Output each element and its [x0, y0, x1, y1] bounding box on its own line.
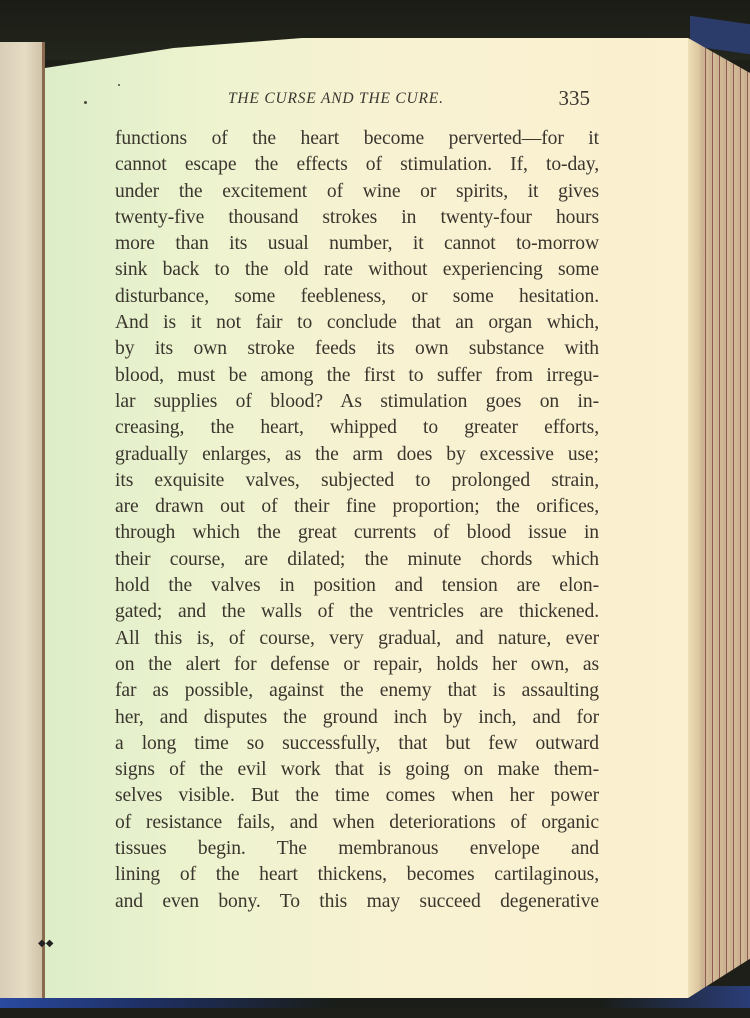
text-line: cannot escape the effects of stimulation… — [115, 152, 599, 178]
text-line: functions of the heart become perverted—… — [115, 126, 599, 152]
text-line: All this is, of course, very gradual, an… — [115, 626, 599, 652]
text-line: its exquisite valves, subjected to prolo… — [115, 468, 599, 494]
text-line: lar supplies of blood? As stimulation go… — [115, 389, 599, 415]
chapter-title: THE CURSE AND THE CURE. — [228, 90, 444, 108]
text-line: blood, must be among the first to suffer… — [115, 363, 599, 389]
body-text: functions of the heart become perverted—… — [115, 126, 599, 915]
margin-speck — [84, 101, 87, 104]
text-line: under the excitement of wine or spirits,… — [115, 179, 599, 205]
text-line: far as possible, against the enemy that … — [115, 678, 599, 704]
text-line: by its own stroke feeds its own substanc… — [115, 336, 599, 362]
text-line: selves visible. But the time comes when … — [115, 783, 599, 809]
text-line: on the alert for defense or repair, hold… — [115, 652, 599, 678]
text-line: hold the valves in position and tension … — [115, 573, 599, 599]
text-line: sink back to the old rate without experi… — [115, 257, 599, 283]
text-line: creasing, the heart, whipped to greater … — [115, 415, 599, 441]
text-line: gated; and the walls of the ventricles a… — [115, 599, 599, 625]
binding-thread-mark: ◆◆ — [38, 940, 54, 948]
page-stack-edges — [688, 18, 750, 998]
text-line: of resistance fails, and when deteriorat… — [115, 810, 599, 836]
text-line: tissues begin. The membranous envelope a… — [115, 836, 599, 862]
text-line: And is it not fair to conclude that an o… — [115, 310, 599, 336]
text-line: lining of the heart thickens, becomes ca… — [115, 862, 599, 888]
text-line: signs of the evil work that is going on … — [115, 757, 599, 783]
text-line: more than its usual number, it cannot to… — [115, 231, 599, 257]
text-line: through which the great currents of bloo… — [115, 520, 599, 546]
left-page-edge — [0, 42, 45, 998]
text-line: and even bony. To this may succeed degen… — [115, 889, 599, 915]
text-line: a long time so successfully, that but fe… — [115, 731, 599, 757]
text-line: her, and disputes the ground inch by inc… — [115, 705, 599, 731]
running-head: THE CURSE AND THE CURE. 335 — [110, 86, 590, 112]
text-line: their course, are dilated; the minute ch… — [115, 547, 599, 573]
page-number: 335 — [559, 86, 591, 111]
text-line: gradually enlarges, as the arm does by e… — [115, 442, 599, 468]
text-line: twenty-five thousand strokes in twenty-f… — [115, 205, 599, 231]
text-line: are drawn out of their fine proportion; … — [115, 494, 599, 520]
text-line: disturbance, some feebleness, or some he… — [115, 284, 599, 310]
